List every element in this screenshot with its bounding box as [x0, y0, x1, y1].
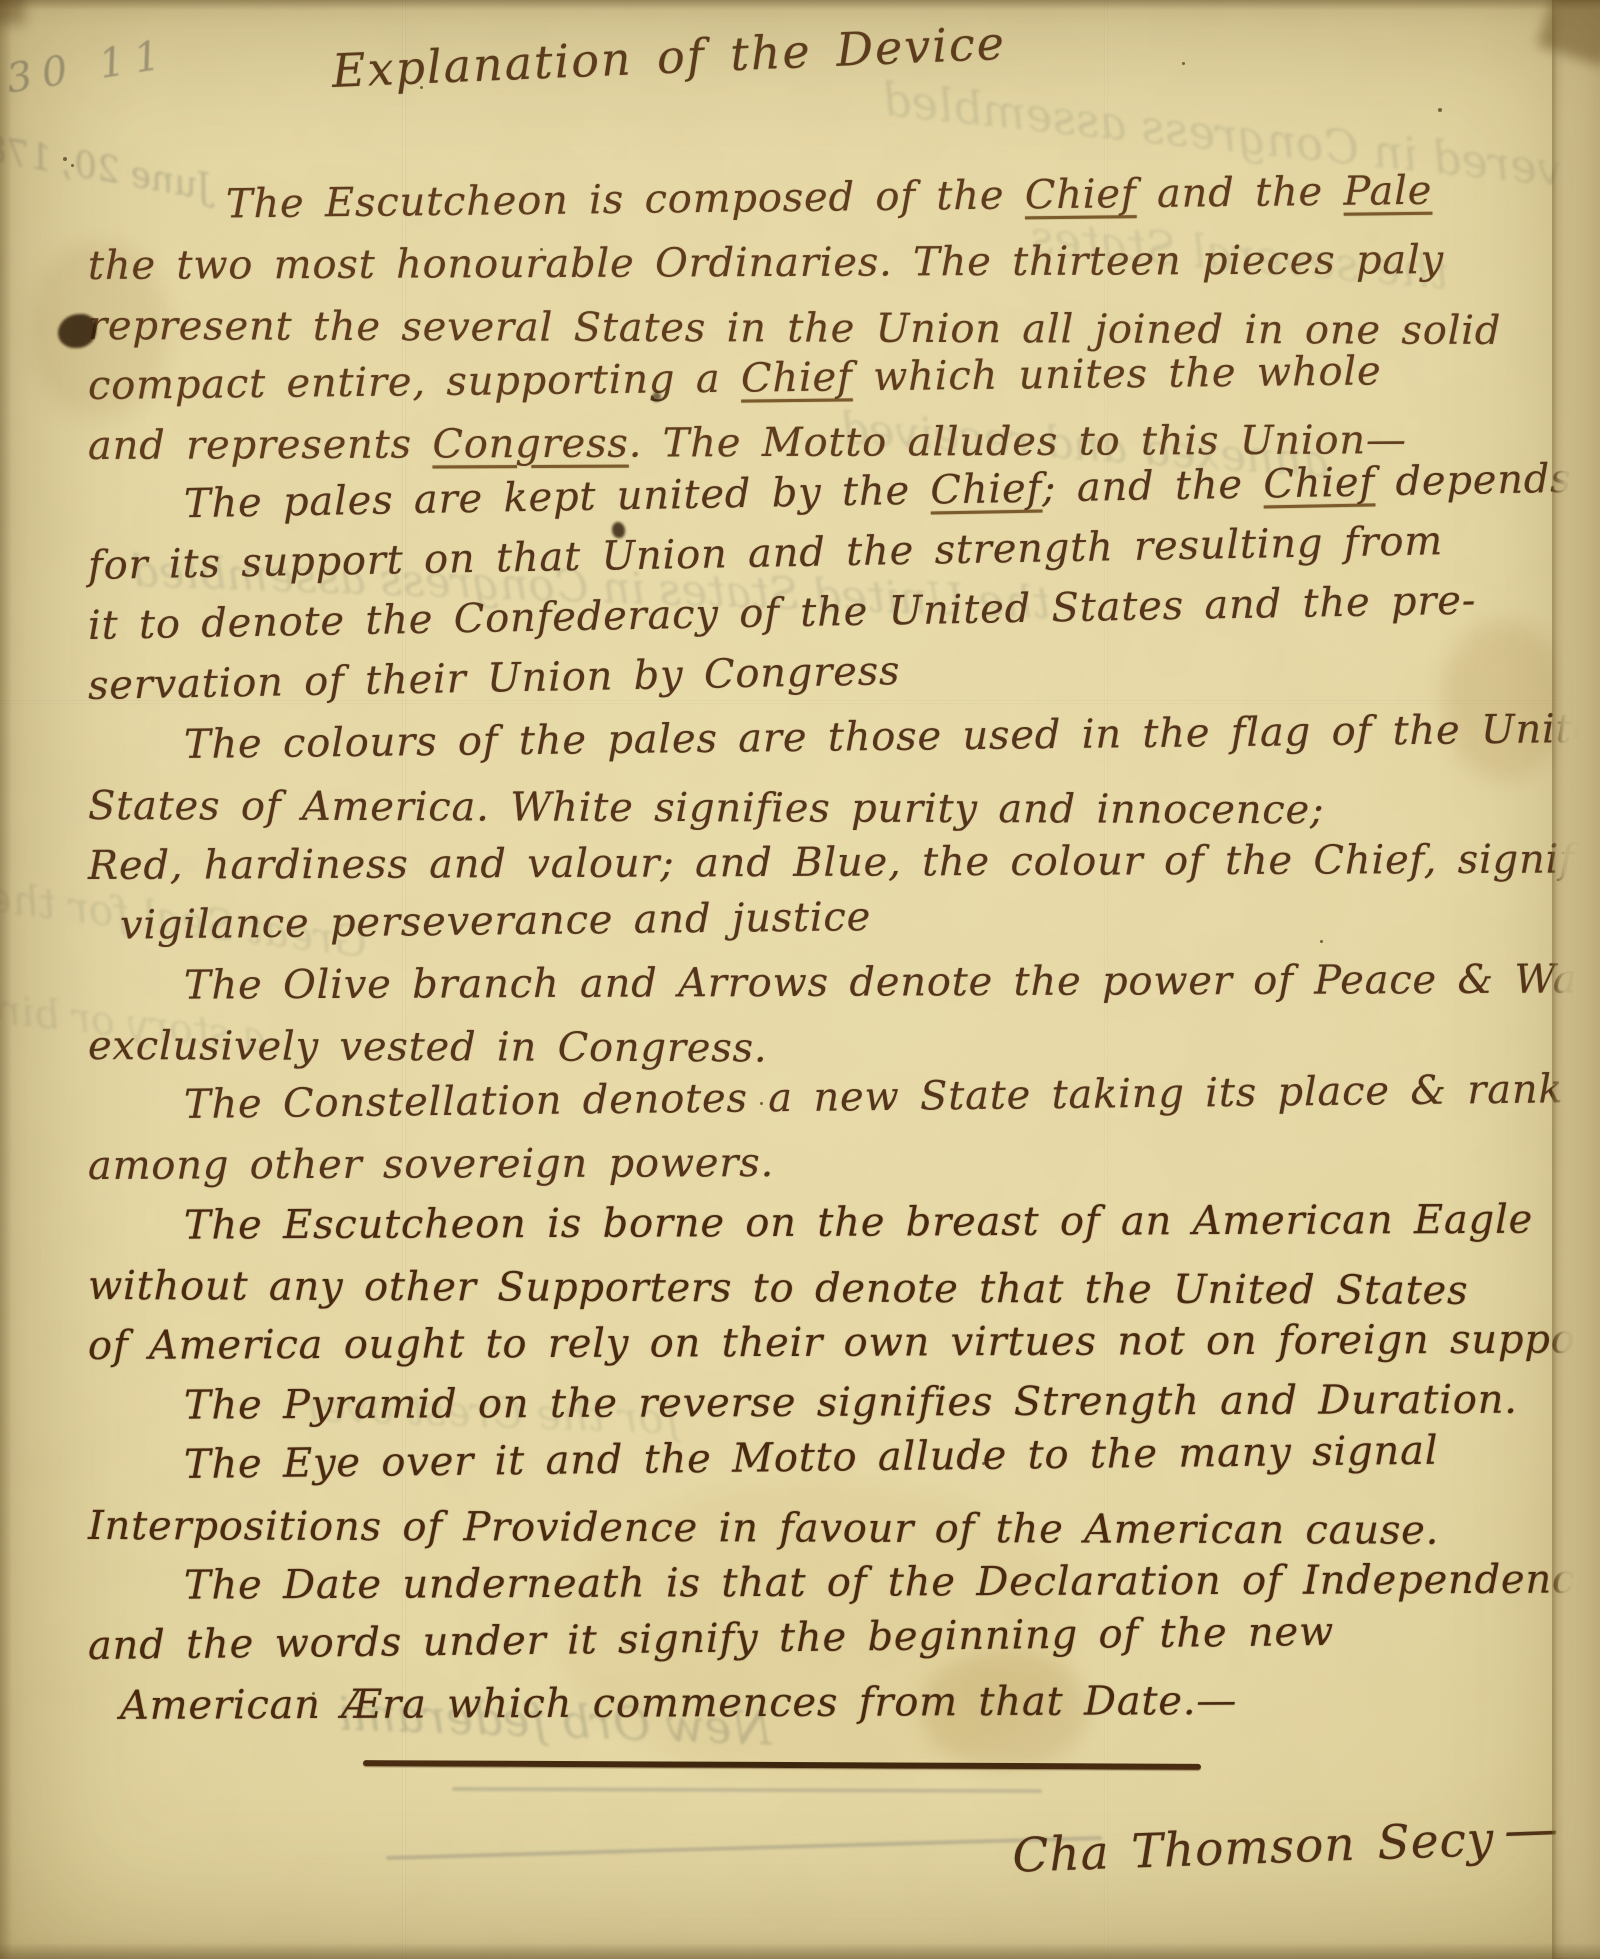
ink-speck: [982, 1462, 985, 1465]
document-title: Explanation of the Device: [331, 21, 893, 98]
ink-blot: [652, 392, 661, 402]
ink-speck: [540, 248, 543, 251]
signature-name: Cha Thomson Secy: [1011, 1812, 1495, 1884]
line-text: servation of their Union by Congress: [88, 648, 901, 709]
ink-speck: [63, 157, 67, 161]
signature-flourish: —: [1503, 1797, 1557, 1862]
manuscript-line: among other sovereign powers.: [88, 1130, 1554, 1196]
ink-speck: [1182, 62, 1185, 65]
underlined-word: Chief: [1263, 459, 1375, 507]
manuscript-line: The Olive branch and Arrows denote the p…: [88, 950, 1554, 1016]
line-text: ; and the: [1042, 461, 1264, 511]
line-text: The Eye over it and the Motto allude to …: [184, 1428, 1439, 1488]
pencil-line: [386, 1836, 1102, 1860]
ink-speck: [71, 164, 74, 167]
manuscript-line: American Æra which commences from that D…: [88, 1670, 1554, 1736]
line-text: which unites the whole: [852, 348, 1381, 400]
ink-speck: [420, 86, 423, 89]
line-text: compact entire, supporting a: [88, 356, 741, 409]
line-text: and represents: [88, 421, 433, 469]
pencil-line: [452, 1787, 1042, 1793]
page-edge: [0, 0, 12, 1959]
underlined-word: Chief: [930, 466, 1042, 514]
line-text: depends: [1375, 456, 1572, 506]
line-text: vigilance perseverance and justice: [120, 894, 872, 949]
line-text: The Constellation denotes a new State ta…: [184, 1066, 1564, 1128]
underlined-word: Pale: [1343, 168, 1432, 215]
line-text: exclusively vested in Congress.: [88, 1023, 768, 1071]
line-text: among other sovereign powers.: [88, 1140, 774, 1189]
ink-speck: [312, 1692, 315, 1695]
underlined-word: Chief: [1025, 171, 1137, 218]
page-edge: [0, 1943, 1600, 1959]
line-text: States of America. White signifies purit…: [88, 783, 1324, 833]
underlined-word: Chief: [741, 354, 853, 401]
line-text: The colours of the pales are those used …: [184, 706, 1600, 768]
page-right-edge: [1552, 0, 1600, 1959]
ink-speck: [760, 1102, 763, 1105]
line-text: and the words under it signify the begin…: [88, 1609, 1335, 1669]
line-text: The Pyramid on the reverse signifies Str…: [184, 1377, 1518, 1429]
ink-blot: [58, 314, 96, 348]
signature: Cha Thomson Secy—: [1011, 1796, 1573, 1884]
manuscript-line: the two most honourable Ordinaries. The …: [88, 230, 1554, 296]
manuscript-body: The Escutcheon is composed of the Chief …: [88, 150, 1554, 1736]
manuscript-line: of America ought to rely on their own vi…: [88, 1310, 1554, 1376]
line-text: Interpositions of Providence in favour o…: [88, 1503, 1439, 1554]
underlined-word: Congress: [432, 421, 629, 468]
page-edge: [0, 0, 1600, 10]
ink-speck: [1320, 940, 1323, 943]
closing-rule: [363, 1760, 1201, 1770]
line-text: The Escutcheon is composed of the: [226, 172, 1025, 227]
line-text: of America ought to rely on their own vi…: [88, 1316, 1600, 1369]
line-text: American Æra which commences from that D…: [120, 1678, 1237, 1729]
manuscript-line: The Escutcheon is borne on the breast of…: [88, 1190, 1554, 1256]
line-text: The Escutcheon is borne on the breast of…: [184, 1197, 1533, 1249]
line-text: and the: [1136, 169, 1344, 217]
manuscript-page: June 20, 178delivered in Congress assemb…: [0, 0, 1600, 1959]
line-text: The Olive branch and Arrows denote the p…: [184, 956, 1598, 1008]
line-text: without any other Supporters to denote t…: [88, 1263, 1469, 1314]
pencil-page-number: 30 11: [3, 31, 173, 102]
ink-speck: [1438, 108, 1442, 112]
ink-blot: [612, 522, 625, 538]
manuscript-line: The Escutcheon is composed of the Chief …: [88, 159, 1555, 236]
line-text: The pales are kept united by the: [184, 468, 931, 528]
line-text: the two most honourable Ordinaries. The …: [88, 237, 1444, 289]
